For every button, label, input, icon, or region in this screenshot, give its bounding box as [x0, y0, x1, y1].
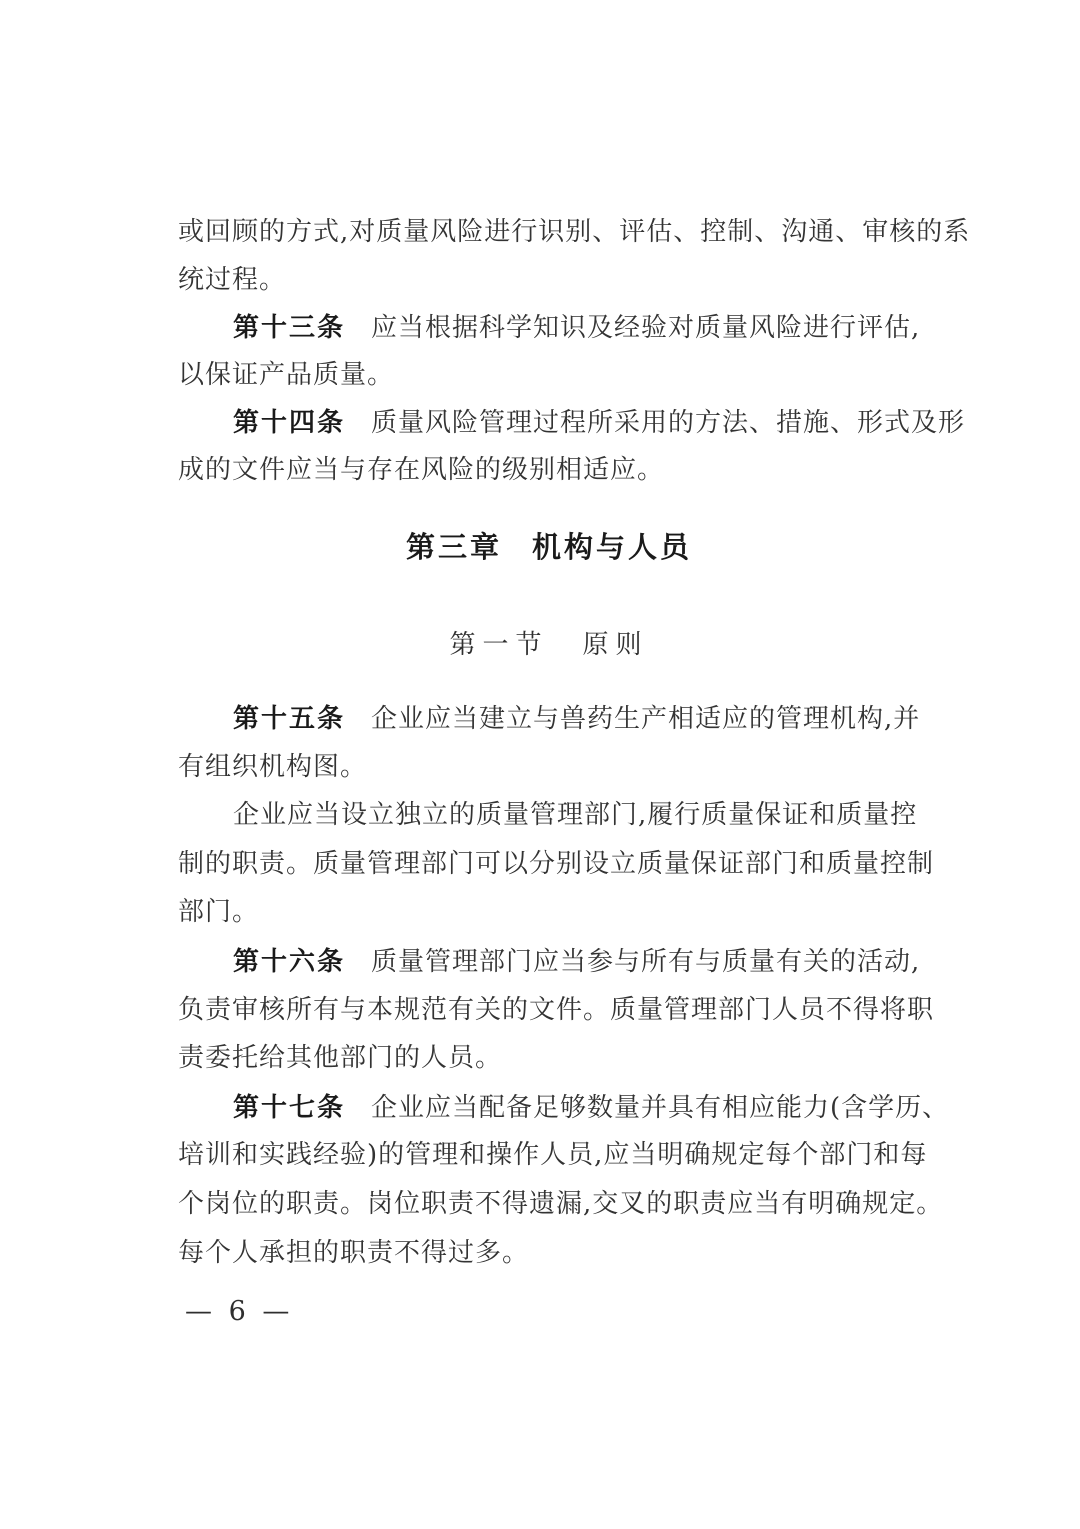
document-page: 或回顾的方式,对质量风险进行识别、评估、控制、沟通、审核的系 统过程。 第十三条… — [0, 0, 1080, 1529]
article-15-text: 企业应当建立与兽药生产相适应的管理机构,并 — [371, 704, 920, 734]
article-17-line-3: 个岗位的职责。岗位职责不得遗漏,交叉的职责应当有明确规定。 — [178, 1180, 920, 1229]
article-15-line-1: 第十五条企业应当建立与兽药生产相适应的管理机构,并 — [178, 694, 920, 743]
article-14-line-1: 第十四条质量风险管理过程所采用的方法、措施、形式及形 — [178, 399, 920, 447]
dept-paragraph-line-3: 部门。 — [178, 888, 920, 937]
article-17-number: 第十七条 — [233, 1092, 345, 1122]
chapter-label: 第三章 — [406, 532, 502, 564]
article-13-line-1: 第十三条应当根据科学知识及经验对质量风险进行评估, — [178, 304, 920, 352]
article-16-number: 第十六条 — [233, 946, 345, 976]
paragraph-carry-line-2: 统过程。 — [178, 257, 920, 305]
article-15-line-2: 有组织机构图。 — [178, 743, 920, 792]
dept-paragraph-line-2: 制的职责。质量管理部门可以分别设立质量保证部门和质量控制 — [178, 840, 920, 889]
article-16-line-1: 第十六条质量管理部门应当参与所有与质量有关的活动, — [178, 937, 920, 986]
paragraph-carry-line-1: 或回顾的方式,对质量风险进行识别、评估、控制、沟通、审核的系 — [178, 209, 920, 257]
article-16-text: 质量管理部门应当参与所有与质量有关的活动, — [371, 947, 920, 977]
article-13-line-2: 以保证产品质量。 — [178, 352, 920, 400]
chapter-title: 机构与人员 — [532, 532, 692, 564]
article-17-text: 企业应当配备足够数量并具有相应能力(含学历、 — [371, 1093, 949, 1123]
article-17-line-2: 培训和实践经验)的管理和操作人员,应当明确规定每个部门和每 — [178, 1131, 920, 1180]
section-title: 原则 — [583, 630, 649, 660]
dept-paragraph-line-1: 企业应当设立独立的质量管理部门,履行质量保证和质量控 — [178, 791, 920, 840]
article-13-number: 第十三条 — [233, 312, 345, 342]
article-13-text: 应当根据科学知识及经验对质量风险进行评估, — [371, 313, 920, 343]
article-16-line-2: 负责审核所有与本规范有关的文件。质量管理部门人员不得将职 — [178, 986, 920, 1035]
article-14-text: 质量风险管理过程所采用的方法、措施、形式及形 — [371, 408, 965, 438]
text-block-upper: 或回顾的方式,对质量风险进行识别、评估、控制、沟通、审核的系 统过程。 第十三条… — [178, 209, 920, 495]
page-number: — 6 — — [185, 1288, 293, 1336]
article-17-line-4: 每个人承担的职责不得过多。 — [178, 1229, 920, 1278]
article-16-line-3: 责委托给其他部门的人员。 — [178, 1034, 920, 1083]
section-label: 第一节 — [449, 630, 548, 660]
text-block-lower: 第十五条企业应当建立与兽药生产相适应的管理机构,并 有组织机构图。 企业应当设立… — [178, 694, 920, 1277]
section-heading: 第一节原则 — [178, 621, 920, 669]
article-17-line-1: 第十七条企业应当配备足够数量并具有相应能力(含学历、 — [178, 1083, 920, 1132]
chapter-heading: 第三章机构与人员 — [178, 524, 920, 572]
article-15-number: 第十五条 — [233, 703, 345, 733]
article-14-line-2: 成的文件应当与存在风险的级别相适应。 — [178, 447, 920, 495]
article-14-number: 第十四条 — [233, 407, 345, 437]
